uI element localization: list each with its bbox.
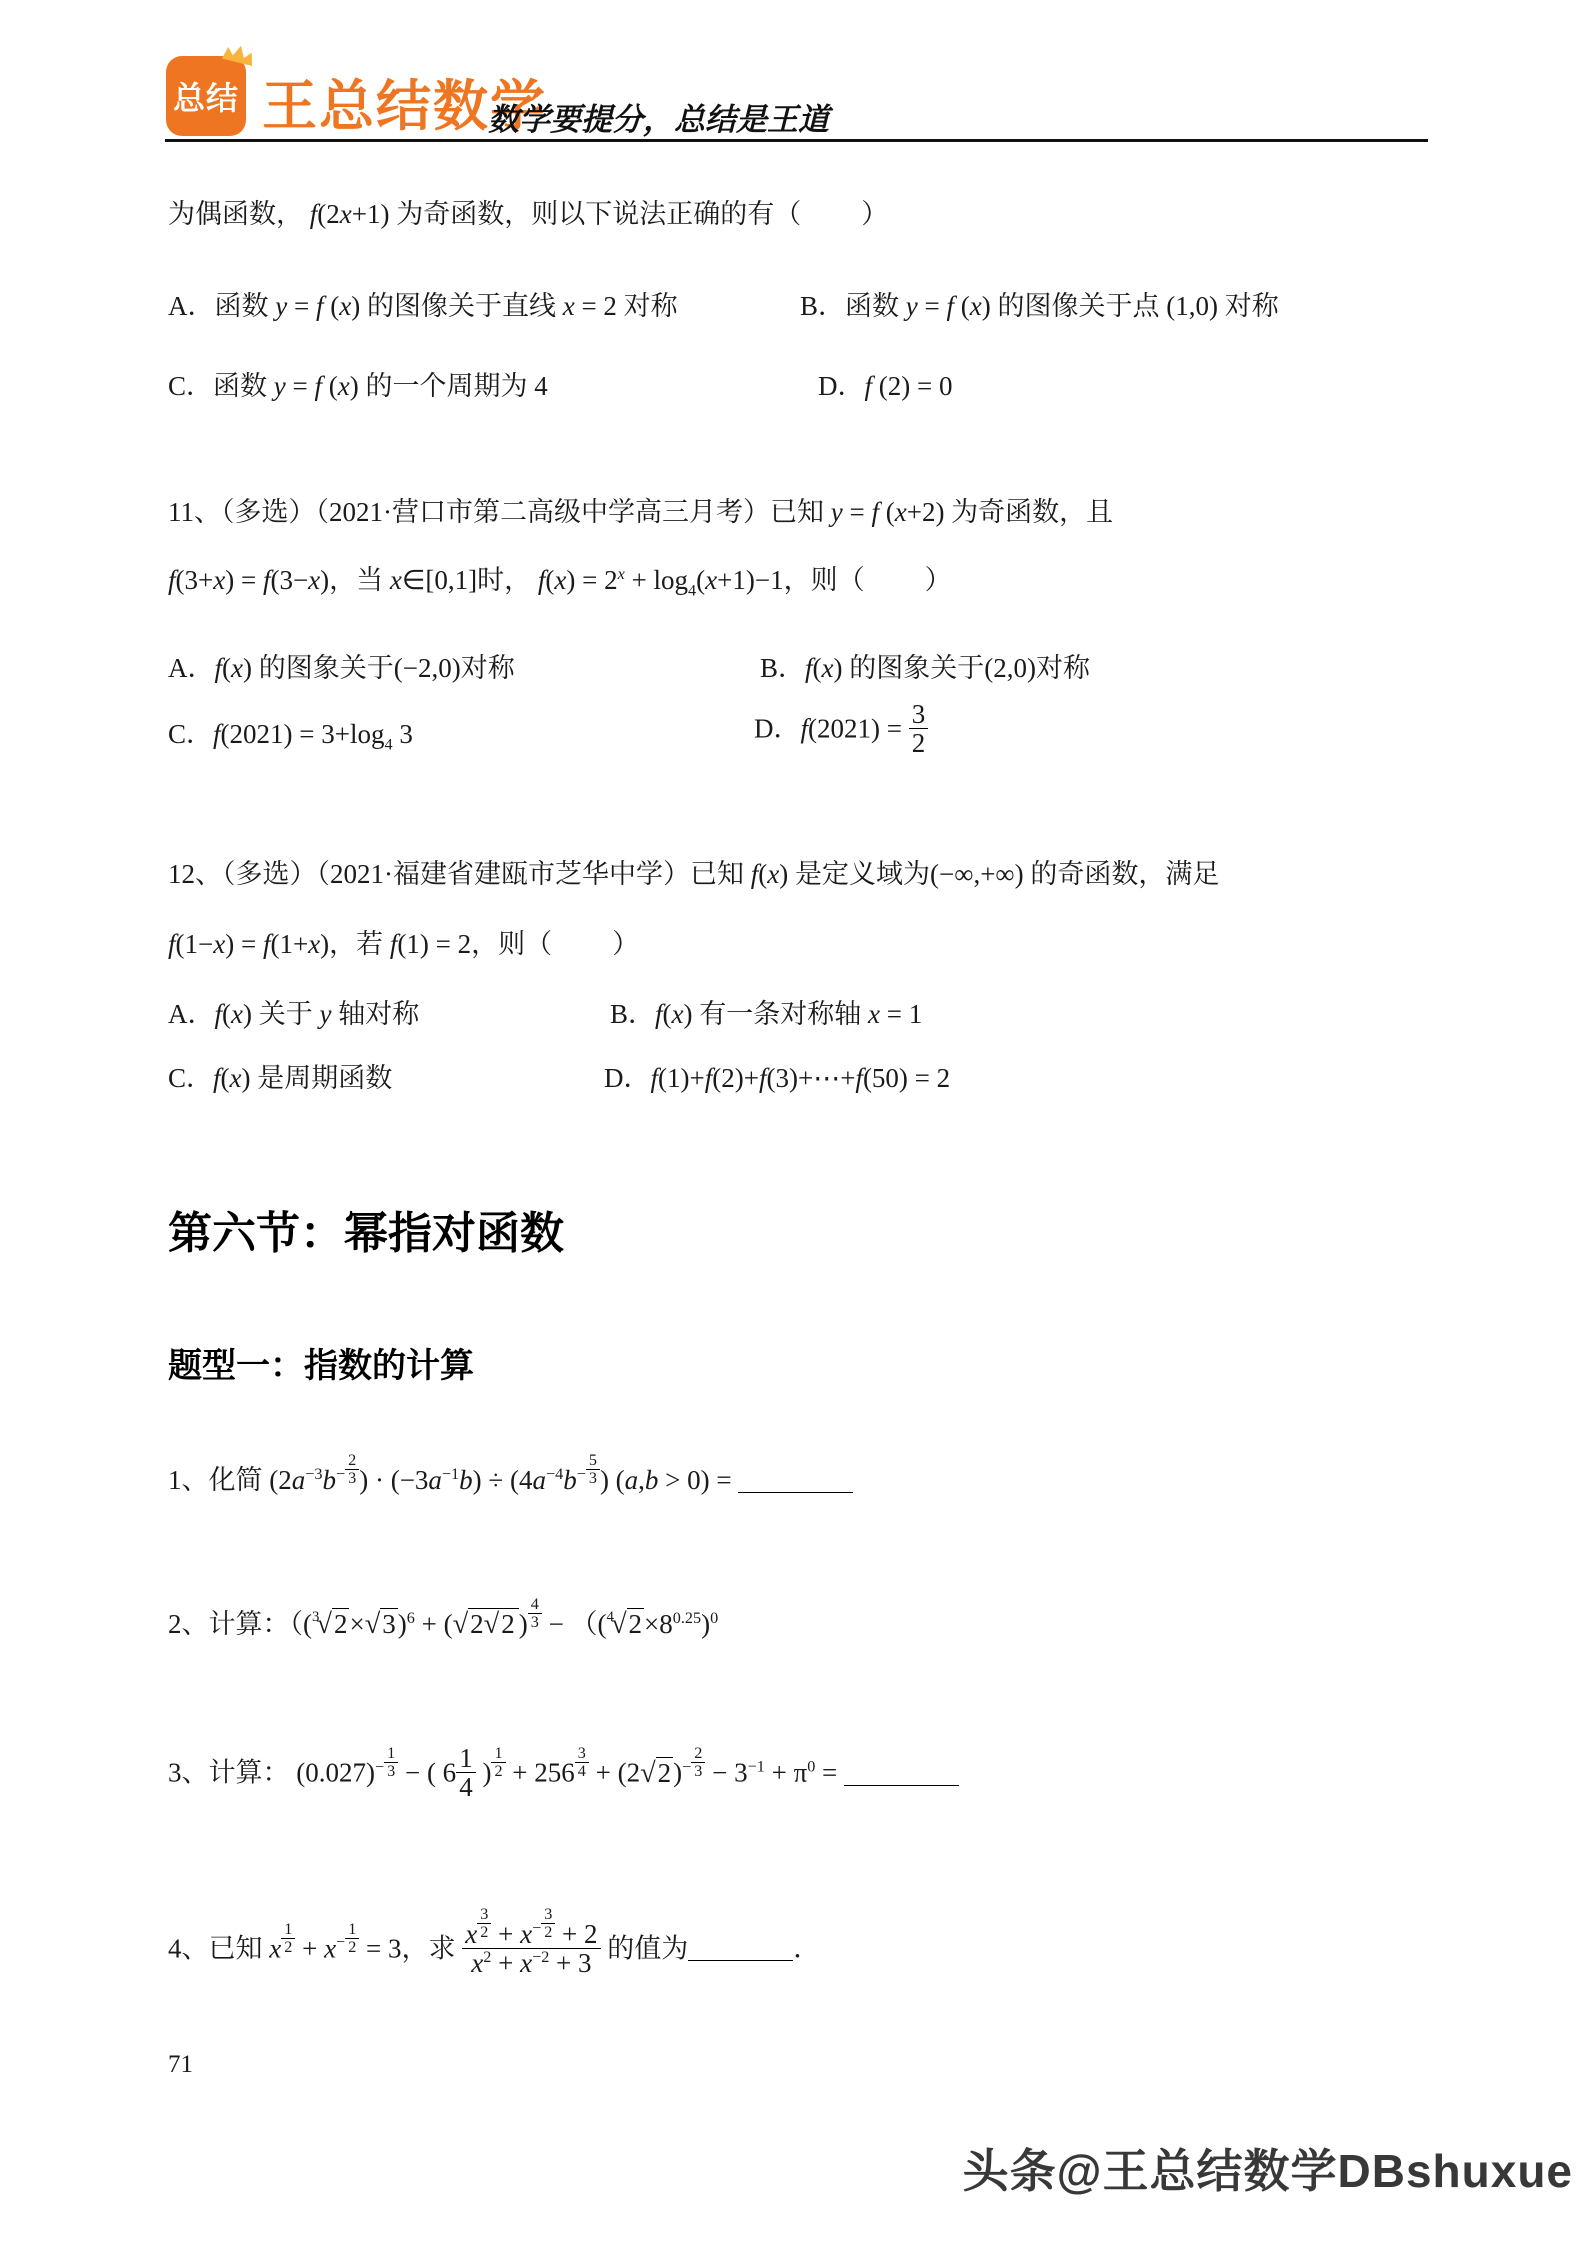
question-10-option-b: B．函数 y = f (x) 的图像关于点 (1,0) 对称 xyxy=(800,288,1279,324)
problem-1: 1、化简 (2a−3b−23) · (−3a−1b) ÷ (4a−4b−53) … xyxy=(168,1452,853,1498)
page-number: 71 xyxy=(168,2048,193,2082)
header-divider xyxy=(165,139,1428,142)
question-11-option-d: D．f(2021) = 32 xyxy=(754,700,928,758)
question-12-option-b: B．f(x) 有一条对称轴 x = 1 xyxy=(610,996,922,1032)
watermark: 头条@王总结数学DBshuxue xyxy=(963,2140,1573,2202)
question-10-option-a: A．函数 y = f (x) 的图像关于直线 x = 2 对称 xyxy=(168,288,678,324)
question-12-option-c: C．f(x) 是周期函数 xyxy=(168,1060,392,1096)
brand-logo-badge: 总结 xyxy=(166,56,246,136)
question-10-option-d: D．f (2) = 0 xyxy=(818,368,952,404)
question-12-option-d: D．f(1)+f(2)+f(3)+⋯+f(50) = 2 xyxy=(604,1060,950,1096)
section-heading: 第六节：幂指对函数 xyxy=(168,1204,564,1263)
question-11-stem-line1: 11、（多选）（2021·营口市第二高级中学高三月考）已知 y = f (x+2… xyxy=(168,494,1113,530)
problem-2: 2、计算：（(3√2×√3)6 + (√2√2)43 − （(4√2×80.25… xyxy=(168,1596,718,1644)
question-12-stem-line2: f(1−x) = f(1+x)，若 f(1) = 2，则（） xyxy=(168,926,639,962)
question-11-option-c: C．f(2021) = 3+log4 3 xyxy=(168,716,413,752)
question-11-stem-line2: f(3+x) = f(3−x)，当 x∈[0,1]时， f(x) = 2x + … xyxy=(168,562,952,598)
brand-tagline: 数学要提分，总结是王道 xyxy=(488,94,829,139)
question-12-option-a: A．f(x) 关于 y 轴对称 xyxy=(168,996,419,1032)
question-11-option-b: B．f(x) 的图象关于(2,0)对称 xyxy=(760,650,1090,686)
subsection-heading: 题型一：指数的计算 xyxy=(168,1344,474,1390)
crown-icon xyxy=(220,39,258,69)
question-12-stem-line1: 12、（多选）（2021·福建省建瓯市芝华中学）已知 f(x) 是定义域为(−∞… xyxy=(168,856,1219,892)
question-10-option-c: C．函数 y = f (x) 的一个周期为 4 xyxy=(168,368,548,404)
problem-4: 4、已知 x12 + x−12 = 3，求 x32 + x−32 + 2x2 +… xyxy=(168,1906,820,1978)
question-10-stem: 为偶函数， f(2x+1) 为奇函数，则以下说法正确的有（） xyxy=(168,196,888,232)
question-11-option-a: A．f(x) 的图象关于(−2,0)对称 xyxy=(168,650,515,686)
problem-3: 3、计算： (0.027)−13 − ( 614 )12 + 25634 + (… xyxy=(168,1744,959,1802)
brand-badge-text: 总结 xyxy=(173,73,239,119)
worksheet-page: 总结 王总结数学 数学要提分，总结是王道 为偶函数， f(2x+1) 为奇函数，… xyxy=(0,0,1587,2245)
